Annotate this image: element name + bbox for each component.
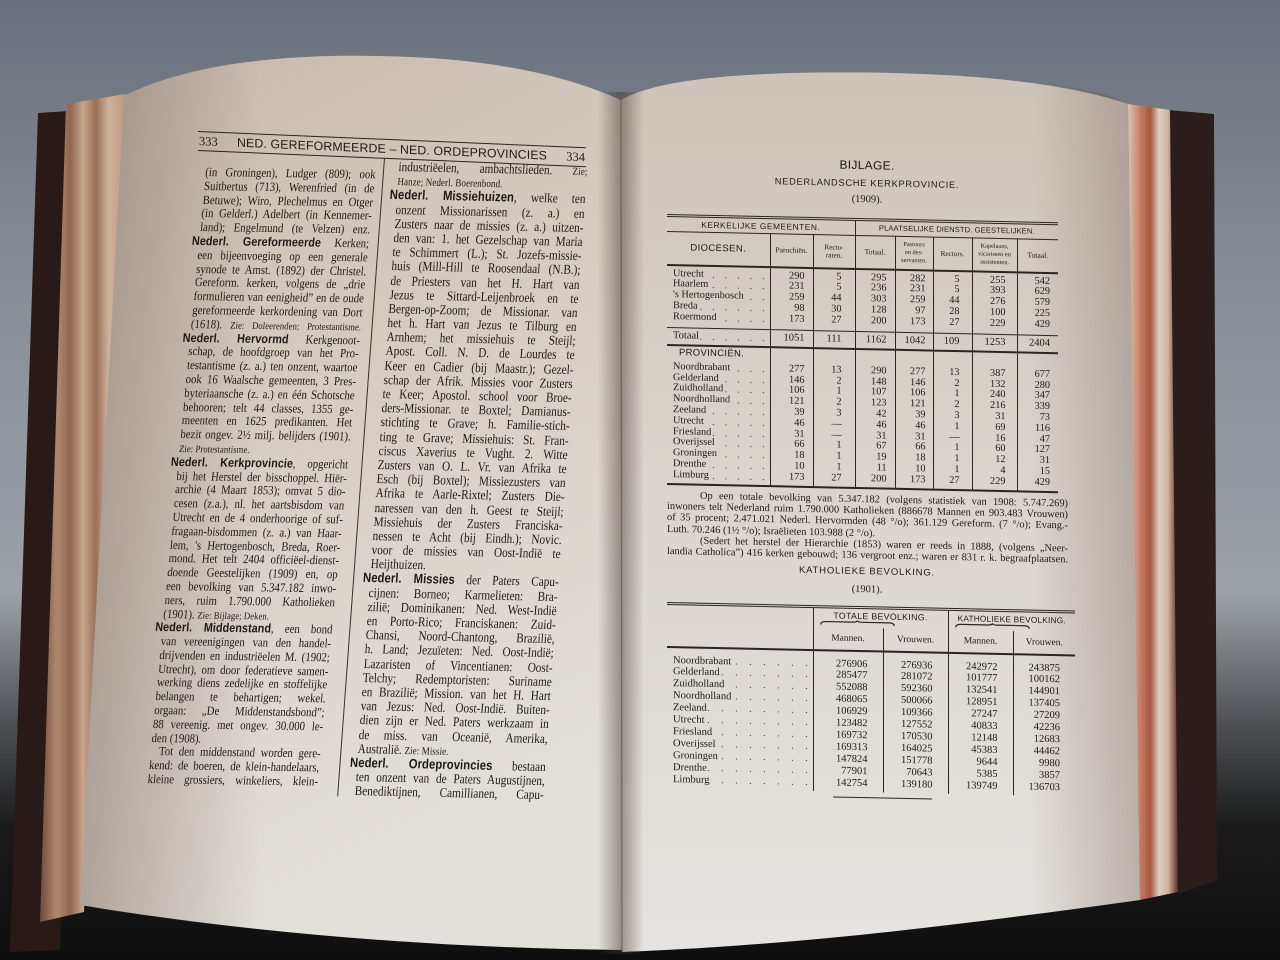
total-value-cell: 1051 xyxy=(770,329,813,348)
value-cell: 66 xyxy=(895,442,933,454)
column-header: Rectors. xyxy=(933,237,972,271)
value-cell: 173 xyxy=(895,475,933,487)
row-label: Totaal xyxy=(673,328,699,345)
value-cell: 31 xyxy=(1017,456,1058,468)
value-cell: 127 xyxy=(1017,445,1058,457)
row-label: Overijssel xyxy=(673,438,715,450)
value-cell: 31 xyxy=(855,431,895,443)
population-table-heading: KATHOLIEKE BEVOLKING. xyxy=(667,562,1067,582)
value-cell: 429 xyxy=(1017,477,1058,489)
column-header: DIOCESEN. xyxy=(667,232,770,267)
column-header: Parochiën. xyxy=(770,234,813,268)
total-value-cell: 2404 xyxy=(1017,335,1058,354)
row-label: Groningen xyxy=(673,750,718,763)
value-cell: 2 xyxy=(813,376,855,388)
line-text: Kerkgenoot- xyxy=(288,332,361,347)
value-cell: 42 xyxy=(855,409,895,421)
brace-icon xyxy=(955,622,1030,630)
value-cell: 2 xyxy=(933,378,972,390)
line-text: (1618). xyxy=(190,317,231,332)
row-label: Overijssel xyxy=(673,738,716,751)
row-label-cell: Totaal xyxy=(667,327,770,347)
value-cell: 121 xyxy=(895,399,933,411)
column-header: Kapelaans, vicarissen en assistenten. xyxy=(972,238,1017,272)
appendix-page: BIJLAGE. NEDERLANDSCHE KERKPROVINCIE. (1… xyxy=(667,150,1079,819)
column-header: Totaal. xyxy=(1017,239,1058,273)
value-cell: 116 xyxy=(1017,423,1058,435)
value-cell: 5 xyxy=(813,272,855,284)
value-cell: 27 xyxy=(933,475,972,487)
value-cell: 13 xyxy=(813,365,855,377)
total-value-cell: 1253 xyxy=(972,334,1017,353)
value-cell: 67 xyxy=(855,441,895,453)
dot-leader xyxy=(699,329,769,346)
dot-leader xyxy=(716,313,769,325)
appendix-heading: BIJLAGE. xyxy=(667,154,1067,176)
value-cell: 2 xyxy=(813,397,855,409)
row-label: Friesland xyxy=(673,726,712,739)
empty-header-cell xyxy=(667,624,813,650)
value-cell: 173 xyxy=(895,316,933,328)
value-cell: 31 xyxy=(895,431,933,443)
value-cell: 18 xyxy=(895,453,933,465)
sub-header: Mannen. xyxy=(948,629,1013,653)
value-cell: 1 xyxy=(933,443,972,455)
population-table: TOTALE BEVOLKING. KATHOLIEKE BEVOLKING. … xyxy=(667,602,1075,797)
value-cell: 200 xyxy=(855,474,895,486)
sub-header: Vrouwen. xyxy=(883,628,948,652)
row-label: Roermond xyxy=(673,312,716,324)
value-cell: 200 xyxy=(855,315,895,327)
row-label: Gelderland xyxy=(673,667,720,680)
value-cell: 46 xyxy=(855,420,895,432)
row-label-cell: Limburg xyxy=(667,470,770,483)
sub-header: Vrouwen. xyxy=(1013,631,1075,655)
population-table-year: (1901). xyxy=(667,580,1067,600)
line-text: , opgericht xyxy=(292,456,348,471)
value-cell: 259 xyxy=(895,295,933,307)
empty-header-cell xyxy=(667,604,813,627)
total-value-cell: 111 xyxy=(813,330,855,349)
row-label: Drenthe xyxy=(673,762,707,775)
row-label: Limburg xyxy=(673,470,709,482)
group-header-catholic-population: KATHOLIEKE BEVOLKING. xyxy=(948,609,1075,632)
clergy-statistics-table: KERKELIJKE GEMEENTEN. PLAATSELIJKE DIENS… xyxy=(667,214,1058,493)
group-header-total-population: TOTALE BEVOLKING. xyxy=(813,607,948,630)
value-cell: 5 xyxy=(933,274,972,286)
page-number-left: 333 xyxy=(199,133,218,151)
value-cell: 1 xyxy=(813,451,855,463)
brace-icon xyxy=(820,619,895,627)
value-cell: 1 xyxy=(813,440,855,452)
value-cell: 1 xyxy=(813,386,855,398)
row-label: Utrecht xyxy=(673,269,704,280)
row-label: Zuidholland xyxy=(673,678,724,691)
line-text: Kerken; xyxy=(320,236,369,251)
line-text: (1901). xyxy=(163,607,198,621)
dot-leader xyxy=(744,292,770,303)
sub-header: Mannen. xyxy=(813,627,883,651)
value-cell: 27 xyxy=(813,473,855,485)
value-cell: 13 xyxy=(933,367,972,379)
line-text: kleine grossiers, winkeliers, klein- xyxy=(147,772,319,788)
text-line: kleine grossiers, winkeliers, klein- xyxy=(147,773,319,789)
value-cell: — xyxy=(813,430,855,442)
row-label: Drenthe xyxy=(673,459,706,470)
dot-leader xyxy=(710,774,813,788)
value-cell: 27 xyxy=(813,315,855,327)
dot-leader xyxy=(730,363,769,375)
row-label: Utrecht xyxy=(673,714,705,727)
value-cell: 27 xyxy=(933,317,972,329)
total-value-cell: 109 xyxy=(933,333,972,352)
value-cell: 46 xyxy=(895,421,933,433)
value-cell: 19 xyxy=(855,452,895,464)
row-label: Haarlem xyxy=(673,279,708,290)
row-label: Breda xyxy=(673,301,698,312)
population-notes: Op een totale bevolking van 5.347.182 (v… xyxy=(667,490,1068,566)
value-cell: — xyxy=(933,432,972,444)
column-header: Recto- raten. xyxy=(813,235,855,269)
dot-leader xyxy=(730,396,769,408)
value-cell: 2 xyxy=(933,400,972,412)
end-rule xyxy=(833,796,932,799)
value-cell: 339 xyxy=(1017,402,1058,414)
value-cell: 1 xyxy=(933,389,972,401)
row-label: Friesland xyxy=(673,427,711,439)
row-label: Zeeland xyxy=(673,405,706,416)
value-cell: 39 xyxy=(895,410,933,422)
total-value-cell: 1162 xyxy=(855,331,895,350)
row-label: Limburg xyxy=(673,774,710,787)
total-value-cell: 1042 xyxy=(895,332,933,351)
line-text: bezit ongev. 2½ milj. belijders (1901). xyxy=(180,427,352,443)
value-cell: 429 xyxy=(1017,319,1058,331)
row-label-cell: Roermond xyxy=(667,312,770,325)
row-label: Zeeland xyxy=(673,702,707,715)
appendix-year: (1909). xyxy=(667,190,1067,210)
column-header: Pastoors en des- servanten. xyxy=(895,236,933,270)
value-cell: 3 xyxy=(933,411,972,423)
line-text: , een bond xyxy=(270,622,333,637)
value-cell: 123 xyxy=(855,398,895,410)
provinces-header: PROVINCIËN. xyxy=(667,345,770,361)
row-label: Utrecht xyxy=(673,416,704,427)
dot-leader xyxy=(709,471,770,483)
value-cell: 1 xyxy=(933,454,972,466)
column-header: Totaal. xyxy=(855,235,895,269)
line-text: den (1908). xyxy=(151,731,202,746)
see-also-reference: Zie; xyxy=(572,166,588,178)
